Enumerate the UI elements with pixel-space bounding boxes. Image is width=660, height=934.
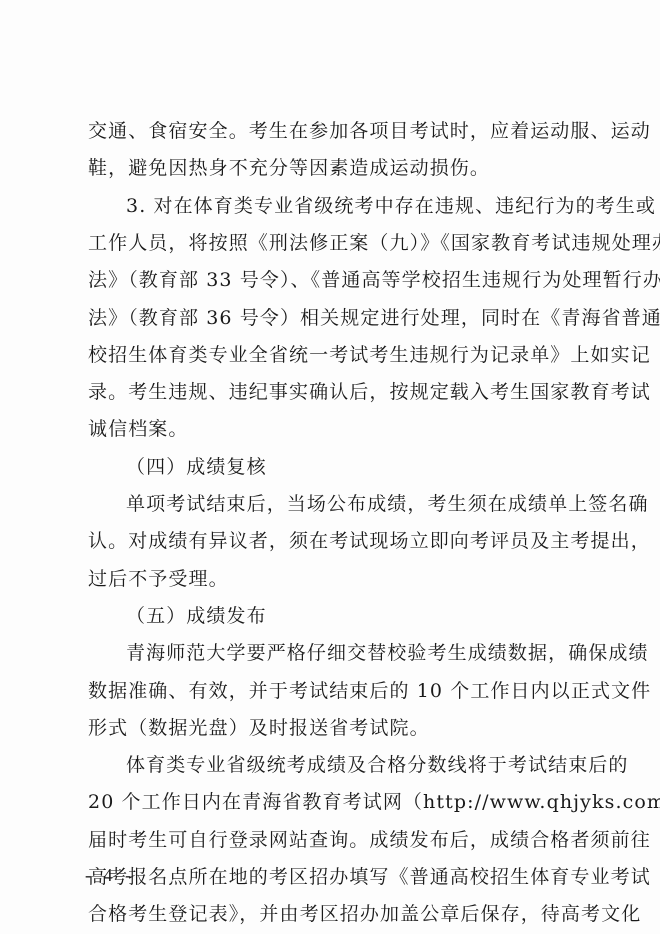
text-line: （五）成绩发布 — [126, 604, 580, 628]
text-line: 高考报名点所在地的考区招办填写《普通高校招生体育专业考试 — [88, 865, 580, 889]
text-line: 工作人员，将按照《刑法修正案（九）》《国家教育考试违规处理办 — [88, 231, 580, 255]
text-line: 青海师范大学要严格仔细交替校验考生成绩数据，确保成绩 — [126, 641, 580, 665]
text-line: 单项考试结束后，当场公布成绩，考生须在成绩单上签名确 — [126, 492, 580, 516]
document-page: 交通、食宿安全。考生在参加各项目考试时，应着运动服、运动鞋，避免因热身不充分等因… — [0, 0, 660, 934]
text-line: （四）成绩复核 — [126, 455, 580, 479]
text-line: 形式（数据光盘）及时报送省考试院。 — [88, 716, 580, 740]
text-line: 交通、食宿安全。考生在参加各项目考试时，应着运动服、运动 — [88, 119, 580, 143]
text-line: 20 个工作日内在青海省教育考试网（http://www.qhjyks.com/… — [88, 790, 580, 814]
text-line: 法》（教育部 33 号令）、《普通高等学校招生违规行为处理暂行办 — [88, 268, 580, 292]
text-line: 鞋，避免因热身不充分等因素造成运动损伤。 — [88, 156, 580, 180]
text-line: 体育类专业省级统考成绩及合格分数线将于考试结束后的 — [126, 753, 580, 777]
text-line: 诚信档案。 — [88, 417, 580, 441]
text-line: 数据准确、有效，并于考试结束后的 10 个工作日内以正式文件 — [88, 679, 580, 703]
text-line: 校招生体育类专业全省统一考试考生违规行为记录单》上如实记 — [88, 343, 580, 367]
text-line: 3. 对在体育类专业省级统考中存在违规、违纪行为的考生或 — [126, 194, 580, 218]
text-line: 届时考生可自行登录网站查询。成绩发布后，成绩合格者须前往 — [88, 828, 580, 852]
text-line: 法》（教育部 36 号令）相关规定进行处理，同时在《青海省普通高 — [88, 306, 580, 330]
text-line: 录。考生违规、违纪事实确认后，按规定载入考生国家教育考试 — [88, 380, 580, 404]
text-line: 认。对成绩有异议者，须在考试现场立即向考评员及主考提出， — [88, 529, 580, 553]
text-line: 过后不予受理。 — [88, 567, 580, 591]
text-line: 合格考生登记表》，并由考区招办加盖公章后保存，待高考文化 — [88, 902, 580, 926]
page-number: - 4 - — [85, 865, 135, 886]
